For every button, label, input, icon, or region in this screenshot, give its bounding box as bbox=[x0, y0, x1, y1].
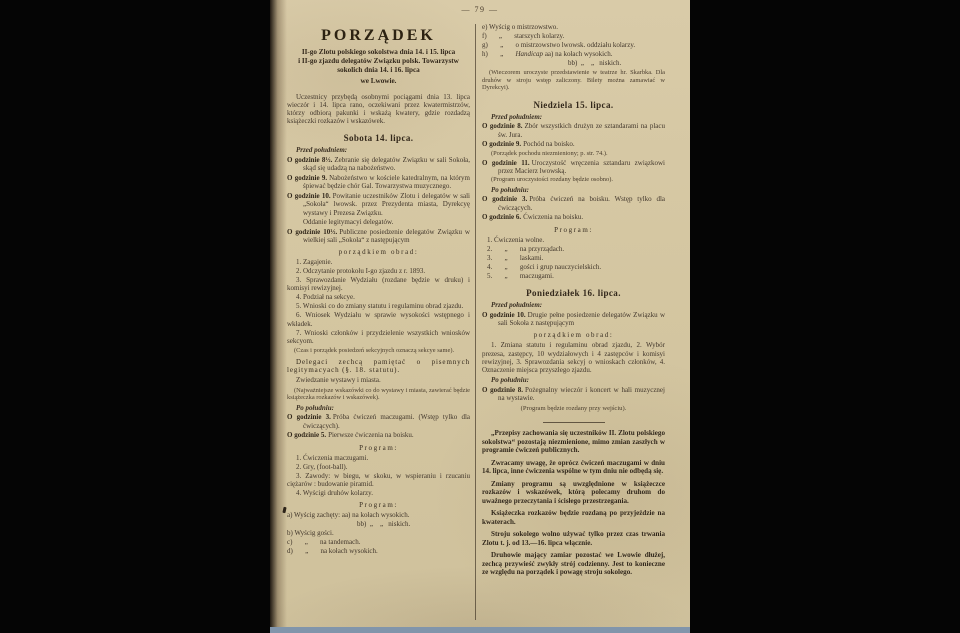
agenda-item: 2. Odczytanie protokołu I-go zjazdu z r.… bbox=[287, 267, 470, 275]
program-item: 4. Wyścigi druhów kolarzy. bbox=[287, 489, 470, 497]
race-item: c) „ na tandemach. bbox=[287, 538, 470, 546]
time-label-morning: Przed południem: bbox=[482, 113, 665, 121]
program-heading: Program: bbox=[287, 444, 470, 452]
column-divider bbox=[475, 24, 476, 620]
program-item: 3. „ laskami. bbox=[482, 254, 665, 262]
sightseeing-line: Zwiedzanie wystawy i miasta. bbox=[287, 376, 470, 384]
agenda-item: 5. Wnioski co do zmiany statutu i regula… bbox=[287, 302, 470, 310]
schedule-item: O godzinie 11.Uroczystość wręczenia szta… bbox=[482, 159, 665, 175]
final-paragraph: Zwracamy uwagę, że oprócz ćwiczeń maczug… bbox=[482, 459, 665, 476]
time-label-afternoon: Po południu: bbox=[482, 186, 665, 194]
race-prefix: h) „ bbox=[482, 50, 515, 58]
item-time: O godzinie 10. bbox=[482, 311, 526, 319]
item-text: Ćwiczenia na boisku. bbox=[523, 213, 583, 221]
race-item: d) „ na kołach wysokich. bbox=[287, 547, 470, 555]
agenda-item: 3. Sprawozdanie Wydziału (rozdane będzie… bbox=[287, 276, 470, 292]
doc-place: we Lwowie. bbox=[287, 77, 470, 85]
race-item-handicap: h) „ Handicap aa) na kołach wysokich. bbox=[482, 50, 665, 58]
program-item: 1. Ćwiczenia maczugami. bbox=[287, 454, 470, 462]
left-column: PORZĄDEK II-go Zlotu polskiego sokolstwa… bbox=[287, 22, 470, 556]
section-divider bbox=[543, 422, 605, 423]
schedule-item: O godzinie 3.Próba ćwiczeń na boisku. Ws… bbox=[482, 195, 665, 211]
schedule-item: O godzinie 10½.Publiczne posiedzenie del… bbox=[287, 228, 470, 244]
race-item: bb) „ „ niskich. bbox=[482, 59, 665, 67]
day-heading-monday: Poniedziałek 16. lipca. bbox=[482, 288, 665, 298]
schedule-item: O godzinie 5.Pierwsze ćwiczenia na boisk… bbox=[287, 431, 470, 439]
program-item: 3. Zawody: w biegu, w skoku, w wspierani… bbox=[287, 472, 470, 488]
schedule-item: O godzinie 10.Drugie pełne posiedzenie d… bbox=[482, 311, 665, 327]
item-time: O godzinie 11. bbox=[482, 159, 530, 167]
agenda-heading: porządkiem obrad: bbox=[482, 331, 665, 339]
final-paragraph: „Przepisy zachowania się uczestników II.… bbox=[482, 429, 665, 455]
agenda-item: 7. Wnioski członków i przydzielenie wszy… bbox=[287, 329, 470, 345]
intro-paragraph: Uczestnicy przybędą osobnymi pociągami d… bbox=[287, 93, 470, 126]
schedule-item: O godzinie 10.Powitanie uczestników Zlot… bbox=[287, 192, 470, 217]
schedule-item: O godzinie 3.Próba ćwiczeń maczugami. (W… bbox=[287, 413, 470, 429]
document-page: — 79 — PORZĄDEK II-go Zlotu polskiego so… bbox=[270, 0, 690, 633]
race-item: a) Wyścig zachęty: aa) na kołach wysokic… bbox=[287, 511, 470, 519]
agenda-item: 6. Wniosek Wydziału w sprawie wysokości … bbox=[287, 311, 470, 327]
item-time: O godzinie 8½. bbox=[287, 156, 332, 164]
page-edge-shadow bbox=[270, 0, 287, 633]
agenda-item: 4. Podział na sekcye. bbox=[287, 293, 470, 301]
item-time: O godzinie 9. bbox=[287, 174, 327, 182]
item-text: Pożegnalny wieczór i koncert w hali muzy… bbox=[498, 386, 665, 402]
page-number: — 79 — bbox=[270, 5, 690, 14]
schedule-item: O godzinie 6.Ćwiczenia na boisku. bbox=[482, 213, 665, 221]
race-suffix: aa) na kołach wysokich. bbox=[543, 50, 612, 58]
time-label-afternoon: Po południu: bbox=[287, 404, 470, 412]
race-item: f) „ starszych kolarzy. bbox=[482, 32, 665, 40]
time-label-morning: Przed południem: bbox=[287, 146, 470, 154]
item-text: Pierwsze ćwiczenia na boisku. bbox=[328, 431, 414, 439]
item-time: O godzinie 3. bbox=[482, 195, 527, 203]
final-paragraph: Zmiany programu są uwzględnione w książe… bbox=[482, 480, 665, 506]
scan-viewport: — 79 — PORZĄDEK II-go Zlotu polskiego so… bbox=[0, 0, 960, 633]
time-label-morning: Przed południem: bbox=[482, 301, 665, 309]
item-time: O godzinie 6. bbox=[482, 213, 521, 221]
schedule-item: O godzinie 8.Zbór wszystkich drużyn ze s… bbox=[482, 122, 665, 138]
program-heading: Program: bbox=[287, 501, 470, 509]
sightseeing-note: (Najważniejsze wskazówki co do wystawy i… bbox=[287, 387, 470, 402]
item-time: O godzinie 3. bbox=[287, 413, 331, 421]
program-item: 4. „ gości i grup nauczycielskich. bbox=[482, 263, 665, 271]
race-item: bb) „ „ niskich. bbox=[287, 520, 470, 528]
monday-agenda-paragraph: 1. Zmiana statutu i regulaminu obrad zja… bbox=[482, 341, 665, 374]
entry-note: (Program będzie rozdany przy wejściu). bbox=[482, 405, 665, 413]
item-time: O godzinie 5. bbox=[287, 431, 326, 439]
program-item: 2. „ na przyrządach. bbox=[482, 245, 665, 253]
ceremony-note: (Program uroczystości rozdany będzie oso… bbox=[482, 176, 665, 184]
scan-bottom-strip bbox=[270, 627, 690, 633]
final-paragraph: Stroju sokolego wolno używać tylko przez… bbox=[482, 530, 665, 547]
schedule-item: O godzinie 8.Pożegnalny wieczór i koncer… bbox=[482, 386, 665, 402]
doc-title: PORZĄDEK bbox=[287, 27, 470, 45]
right-column: e) Wyścig o mistrzowstwo. f) „ starszych… bbox=[482, 22, 665, 577]
item-time: O godzinie 9. bbox=[482, 140, 521, 148]
item-time: O godzinie 10½. bbox=[287, 228, 337, 236]
agenda-heading: porządkiem obrad: bbox=[287, 248, 470, 256]
march-note: (Porządek pochodu niezmieniony; p. str. … bbox=[482, 150, 665, 158]
agenda-item: 1. Zagajenie. bbox=[287, 258, 470, 266]
program-item: 1. Ćwiczenia wolne. bbox=[482, 236, 665, 244]
schedule-subline: Oddanie legitymacyi delegatów. bbox=[287, 218, 470, 226]
item-time: O godzinie 8. bbox=[482, 122, 522, 130]
doc-subtitle: II-go Zlotu polskiego sokolstwa dnia 14.… bbox=[287, 48, 470, 74]
race-item: e) Wyścig o mistrzowstwo. bbox=[482, 23, 665, 31]
agenda-note: (Czas i porządek posiedzeń sekcyjnych oz… bbox=[287, 347, 470, 355]
day-heading-saturday: Sobota 14. lipca. bbox=[287, 133, 470, 143]
day-heading-sunday: Niedziela 15. lipca. bbox=[482, 100, 665, 110]
time-label-afternoon: Po południu: bbox=[482, 376, 665, 384]
item-text: Pochód na boisko. bbox=[523, 140, 575, 148]
subtitle-line: i II-go zjazdu delegatów Związku polsk. … bbox=[287, 57, 470, 66]
theatre-note: (Wieczorem uroczyste przedstawienie w te… bbox=[482, 69, 665, 92]
item-time: O godzinie 10. bbox=[287, 192, 331, 200]
subtitle-line: II-go Zlotu polskiego sokolstwa dnia 14.… bbox=[287, 48, 470, 57]
schedule-item: O godzinie 9.Nabożeństwo w kościele kate… bbox=[287, 174, 470, 190]
program-heading: Program: bbox=[482, 226, 665, 234]
subtitle-line: sokolich dnia 14. i 16. lipca bbox=[287, 66, 470, 75]
final-paragraph: Książeczka rozkazów będzie rozdaną po pr… bbox=[482, 509, 665, 526]
race-item: b) Wyścig gości. bbox=[287, 529, 470, 537]
item-text: Zbór wszystkich drużyn ze sztandarami na… bbox=[498, 122, 665, 138]
program-item: 2. Gry, (foot-ball). bbox=[287, 463, 470, 471]
item-text: Nabożeństwo w kościele katedralnym, na k… bbox=[303, 174, 470, 190]
final-paragraph: Druhowie mający zamiar pozostać we Lwowi… bbox=[482, 551, 665, 577]
race-handicap-word: Handicap bbox=[515, 50, 543, 58]
race-item: g) „ o mistrzowstwo lwowsk. oddziału kol… bbox=[482, 41, 665, 49]
schedule-item: O godzinie 9.Pochód na boisko. bbox=[482, 140, 665, 148]
schedule-item: O godzinie 8½.Zebranie się delegatów Zwi… bbox=[287, 156, 470, 172]
program-item: 5. „ maczugami. bbox=[482, 272, 665, 280]
item-time: O godzinie 8. bbox=[482, 386, 523, 394]
delegates-reminder: Delegaci zechcą pamiętać o pisemnych leg… bbox=[287, 358, 470, 374]
